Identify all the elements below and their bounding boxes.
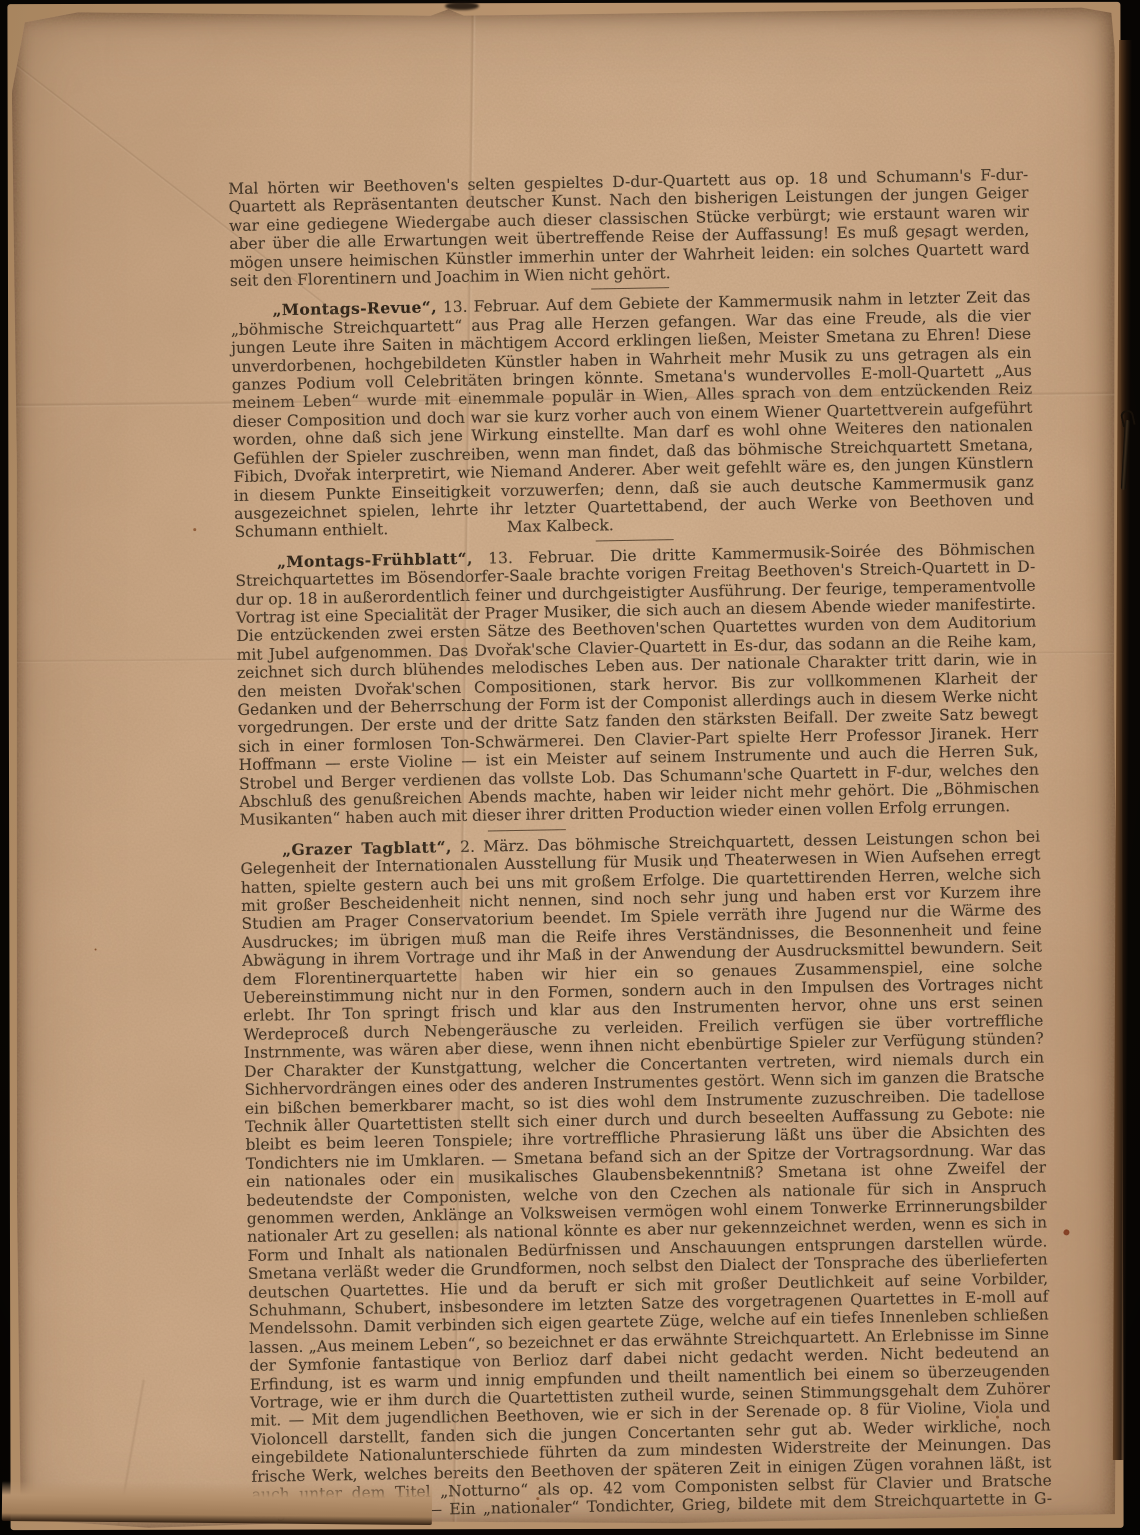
review-grazer-tagblatt: „Grazer Tagblatt“, 2. März. Das böhmisch… — [240, 827, 1052, 1529]
paragraph-text: 2. März. Das böhmische Streichquartett, … — [240, 827, 1052, 1529]
foxing-speck — [193, 528, 196, 531]
text-column: Mal hörten wir Beethoven's selten gespie… — [228, 166, 1052, 1530]
review-montags-fruehblatt: „Montags-Frühblatt“, 13. Februar. Die dr… — [235, 539, 1040, 829]
reviewer-signature: Max Kalbeck. — [465, 516, 614, 537]
foxing-speck — [95, 948, 97, 950]
paragraph-text: 13. Februar. Auf dem Gebiete der Kammerm… — [231, 288, 1035, 541]
paragraph-continuation: Mal hörten wir Beethoven's selten gespie… — [228, 166, 1030, 291]
paper-sheet: Mal hörten wir Beethoven's selten gespie… — [12, 5, 1120, 1529]
section-title: „Montags-Revue“, — [272, 298, 437, 320]
section-title: „Grazer Tagblatt“, — [282, 837, 452, 859]
scanned-page-photo: Mal hörten wir Beethoven's selten gespie… — [0, 0, 1140, 1535]
section-divider — [488, 829, 566, 831]
page-stack-bottom-edge — [2, 1481, 432, 1525]
section-divider — [596, 539, 674, 541]
staple — [1119, 410, 1134, 492]
ink-smudge — [445, 2, 479, 10]
review-montags-revue: „Montags-Revue“, 13. Februar. Auf dem Ge… — [230, 288, 1034, 542]
paragraph-text: 13. Februar. Die dritte Kammermusik-Soir… — [235, 539, 1039, 829]
paragraph-text: Mal hörten wir Beethoven's selten gespie… — [228, 166, 1030, 290]
staple-wire — [1121, 420, 1130, 490]
foxing-speck — [1063, 1229, 1069, 1235]
section-divider — [591, 288, 669, 290]
